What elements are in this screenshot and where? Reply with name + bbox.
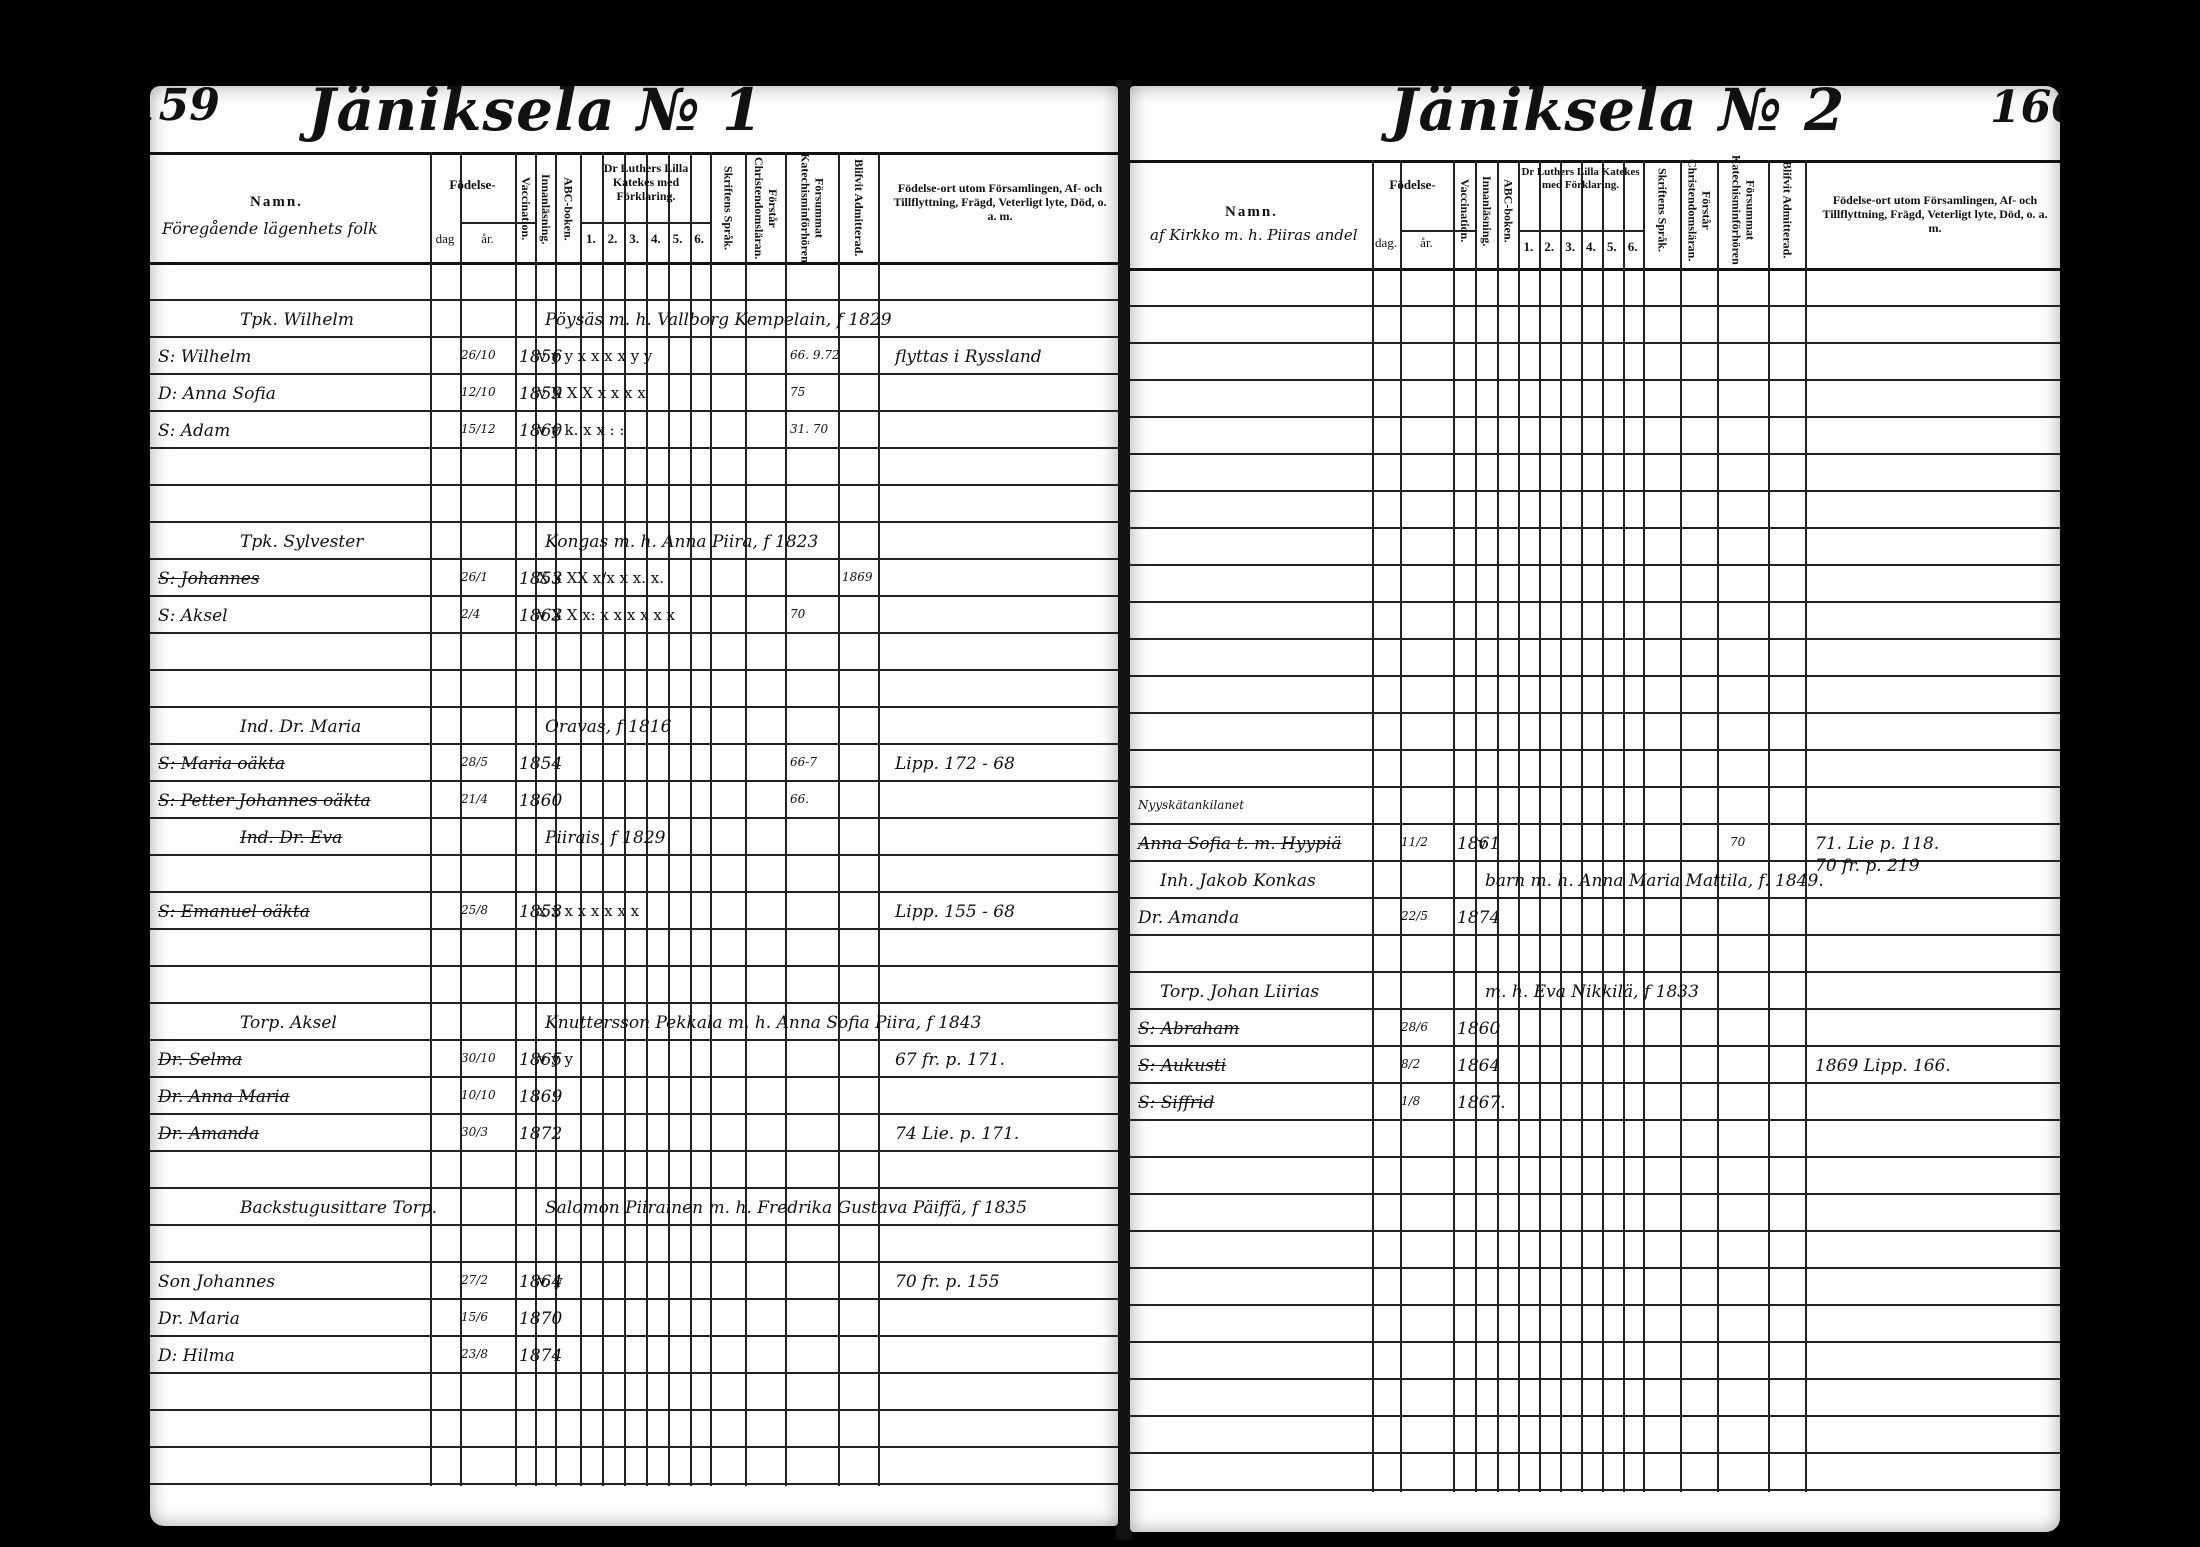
birth-day: 25/8 — [461, 904, 488, 916]
birth-year: 1870 — [519, 1311, 562, 1328]
katekes-header: Dr Luthers Lilla Katekes med Förklaring. — [582, 162, 710, 203]
member-name: S: Wilhelm — [158, 349, 251, 366]
row-rule — [150, 484, 1118, 486]
katekes-col-3: 3. — [623, 232, 645, 247]
column-rule — [1680, 160, 1682, 1492]
row-rule — [1130, 897, 2060, 899]
column-rule — [430, 152, 432, 1486]
row-rule — [150, 1372, 1118, 1374]
birth-day: 15/6 — [461, 1311, 488, 1323]
column-rule — [1717, 160, 1719, 1492]
birth-year: 1874 — [519, 1348, 562, 1365]
name-subheader: af Kirkko m. h. Piiras andel — [1150, 226, 1358, 244]
column-rule — [1805, 160, 1807, 1492]
katekes-col-6: 6. — [1622, 240, 1643, 255]
remarks-header: Födelse-ort utom Församlingen, Af- och T… — [890, 182, 1110, 223]
header-bottom-rule — [1130, 268, 2060, 271]
household-head-details: Pöysäs m. h. Vallborg Kempelain, f 1829 — [545, 312, 892, 329]
fodelse-header: Födelse- — [430, 178, 515, 193]
column-rule — [1602, 160, 1604, 1492]
member-name: S: Abraham — [1138, 1021, 1239, 1038]
birth-day: 27/2 — [461, 1274, 488, 1286]
row-rule — [1130, 1008, 2060, 1010]
fodelse-header: Födelse- — [1372, 178, 1453, 193]
row-rule — [150, 336, 1118, 338]
forsummat-header: Försummat Katechisminförhören — [785, 154, 838, 262]
row-rule — [1130, 1267, 2060, 1269]
row-rule — [150, 1409, 1118, 1411]
ar-header: år. — [1400, 236, 1453, 251]
birth-day: 2/4 — [461, 608, 480, 620]
birth-year: 1872 — [519, 1126, 562, 1143]
forsummat-value: 70 — [1730, 836, 1745, 848]
katekes-header: Dr Luthers Lilla Katekes med Förklaring. — [1518, 166, 1643, 191]
remark-note: 70 fr. p. 219 — [1815, 858, 1920, 875]
row-rule — [1130, 1341, 2060, 1343]
member-name: S: Emanuel oäkta — [158, 904, 310, 921]
forsummat-value: 66. 9.72 — [790, 349, 840, 361]
header-top-rule — [150, 152, 1118, 155]
column-rule — [1581, 160, 1583, 1492]
row-rule — [1130, 1082, 2060, 1084]
member-name: S: Siffrid — [1138, 1095, 1214, 1112]
row-rule — [150, 891, 1118, 893]
catechism-marks: v — [1478, 836, 1486, 851]
household-head-details: Oravas, f 1816 — [545, 719, 671, 736]
row-rule — [1130, 564, 2060, 566]
row-rule — [1130, 860, 2060, 862]
row-rule — [1130, 379, 2060, 381]
column-rule — [1400, 160, 1402, 1492]
forsummat-value: 66. — [790, 793, 809, 805]
birth-day: 30/3 — [461, 1126, 488, 1138]
column-rule — [1623, 160, 1625, 1492]
row-rule — [150, 373, 1118, 375]
row-rule — [150, 1261, 1118, 1263]
birth-day: 21/4 — [461, 793, 488, 805]
remark-note: 71. Lie p. 118. — [1815, 836, 1939, 853]
row-rule — [1130, 342, 2060, 344]
row-rule — [150, 558, 1118, 560]
member-name: Dr. Amanda — [1138, 910, 1239, 927]
household-head-name: Tpk. Sylvester — [240, 534, 363, 551]
column-rule — [878, 152, 880, 1486]
column-rule — [1768, 160, 1770, 1492]
row-rule — [150, 706, 1118, 708]
forstar-header: Förstår Christendomsläran. — [1680, 154, 1717, 266]
column-rule — [1643, 160, 1645, 1492]
blifvit-header: Blifvit Admitterad. — [838, 154, 878, 262]
catechism-marks: v y k. x x : : — [538, 423, 624, 438]
member-name: Dr. Amanda — [158, 1126, 259, 1143]
page-title: Jäniksela № 2 — [1390, 86, 1845, 144]
forsummat-value: 70 — [790, 608, 805, 620]
row-rule — [150, 447, 1118, 449]
row-rule — [1130, 527, 2060, 529]
catechism-marks: v y y x x x x y y — [538, 349, 652, 364]
household-head-name: Backstugusittare Torp. — [240, 1200, 437, 1217]
column-rule — [745, 152, 747, 1486]
catechism-marks: v. y — [538, 1274, 563, 1289]
remark-note: flyttas i Ryssland — [895, 349, 1042, 366]
row-rule — [150, 817, 1118, 819]
row-rule — [150, 1002, 1118, 1004]
member-name: D: Anna Sofia — [158, 386, 276, 403]
member-name: Dr. Maria — [158, 1311, 240, 1328]
row-rule — [1130, 749, 2060, 751]
row-rule — [1130, 971, 2060, 973]
skrift-header: Skriftens Språk. — [1643, 154, 1680, 266]
catechism-marks: v y y — [538, 1052, 573, 1067]
katekes-col-2: 2. — [1539, 240, 1560, 255]
row-rule — [1130, 1415, 2060, 1417]
row-rule — [1130, 712, 2060, 714]
member-name: S: Adam — [158, 423, 230, 440]
right-page: 160 Jäniksela № 2 Namn. af Kirkko m. h. … — [1130, 86, 2060, 1532]
remark-note: 1869 Lipp. 166. — [1815, 1058, 1951, 1075]
catechism-marks: X x XX x/x x x. x. — [538, 571, 664, 586]
forstar-header: Förstår Christendomsläran. — [745, 154, 785, 262]
row-rule — [1130, 1378, 2060, 1380]
page-number: 159 — [150, 86, 220, 131]
katekes-col-5: 5. — [1601, 240, 1622, 255]
row-rule — [150, 1150, 1118, 1152]
row-rule — [150, 1224, 1118, 1226]
row-rule — [1130, 490, 2060, 492]
catechism-marks: v X X X x x x x — [538, 386, 646, 401]
household-head-name: Ind. Dr. Maria — [240, 719, 361, 736]
member-name: Dr. Anna Maria — [158, 1089, 290, 1106]
column-rule — [1372, 160, 1374, 1492]
column-rule — [1475, 160, 1477, 1492]
header-bottom-rule — [150, 262, 1118, 265]
katekes-col-3: 3. — [1560, 240, 1581, 255]
birth-year: 1869 — [519, 1089, 562, 1106]
member-name: Nyyskätankilanet — [1138, 799, 1244, 811]
row-rule — [1130, 1230, 2060, 1232]
admitted-year: 1869 — [842, 571, 873, 583]
column-rule — [515, 152, 517, 1486]
remark-note: Lipp. 172 - 68 — [895, 756, 1015, 773]
row-rule — [150, 854, 1118, 856]
ar-header: år. — [460, 232, 515, 247]
birth-year: 1874 — [1457, 910, 1500, 927]
row-rule — [150, 1483, 1118, 1485]
row-rule — [150, 965, 1118, 967]
row-rule — [150, 780, 1118, 782]
left-page: 159 Jäniksela № 1 Namn. Föregående lägen… — [150, 86, 1118, 1526]
row-rule — [150, 1335, 1118, 1337]
catechism-marks: v X X x: x x x x x x — [538, 608, 675, 623]
household-head-details: barn m. h. Anna Maria Mattila, f. 1849. — [1485, 873, 1824, 890]
birth-day: 22/5 — [1401, 910, 1428, 922]
column-rule — [668, 152, 670, 1486]
header-top-rule — [1130, 160, 2060, 163]
birth-day: 10/10 — [461, 1089, 496, 1101]
row-rule — [1130, 786, 2060, 788]
row-rule — [150, 1298, 1118, 1300]
name-subheader: Föregående lägenhets folk — [162, 219, 378, 238]
birth-day: 28/6 — [1401, 1021, 1428, 1033]
birth-day: 23/8 — [461, 1348, 488, 1360]
member-name: S: Petter Johannes oäkta — [158, 793, 371, 810]
member-name: S: Aukusti — [1138, 1058, 1226, 1075]
vaccination-header: Vaccination. — [1453, 156, 1475, 266]
row-rule — [150, 1039, 1118, 1041]
remark-note: 70 fr. p. 155 — [895, 1274, 1000, 1291]
birth-day: 26/1 — [461, 571, 488, 583]
household-head-details: Kongas m. h. Anna Piira, f 1823 — [545, 534, 818, 551]
row-rule — [150, 1187, 1118, 1189]
row-rule — [1130, 416, 2060, 418]
katekes-subrule — [580, 222, 710, 224]
member-name: D: Hilma — [158, 1348, 235, 1365]
column-rule — [690, 152, 692, 1486]
row-rule — [150, 928, 1118, 930]
row-rule — [1130, 934, 2060, 936]
birth-year: 1864 — [1457, 1058, 1500, 1075]
dag-header: dag — [430, 232, 460, 247]
column-rule — [710, 152, 712, 1486]
remark-note: 67 fr. p. 171. — [895, 1052, 1005, 1069]
row-rule — [150, 410, 1118, 412]
catechism-marks: x x x x x x x x — [538, 904, 639, 919]
row-rule — [1130, 1304, 2060, 1306]
katekes-col-6: 6. — [688, 232, 710, 247]
row-rule — [150, 669, 1118, 671]
birth-day: 26/10 — [461, 349, 496, 361]
household-head-name: Ind. Dr. Eva — [240, 830, 342, 847]
katekes-col-2: 2. — [602, 232, 624, 247]
birth-year: 1860 — [1457, 1021, 1500, 1038]
member-name: Dr. Selma — [158, 1052, 242, 1069]
row-rule — [1130, 675, 2060, 677]
row-rule — [1130, 305, 2060, 307]
member-name: Anna Sofia t. m. Hyypiä — [1138, 836, 1342, 853]
abc-header: ABC-boken. — [555, 156, 580, 262]
row-rule — [150, 1446, 1118, 1448]
dag-header: dag. — [1372, 236, 1400, 251]
name-header: Namn. — [250, 194, 303, 211]
row-rule — [1130, 638, 2060, 640]
row-rule — [150, 299, 1118, 301]
household-head-details: Salomon Piirainen m. h. Fredrika Gustava… — [545, 1200, 1027, 1217]
remark-note: 74 Lie. p. 171. — [895, 1126, 1019, 1143]
birth-year: 1867. — [1457, 1095, 1506, 1112]
abc-header: ABC-boken. — [1497, 156, 1518, 266]
page-number: 160 — [1990, 86, 2060, 133]
household-head-details: m. h. Eva Nikkilä, f 1833 — [1485, 984, 1699, 1001]
row-rule — [1130, 1452, 2060, 1454]
row-rule — [1130, 823, 2060, 825]
forsummat-value: 66-7 — [790, 756, 817, 768]
skrift-header: Skriftens Språk. — [710, 154, 745, 262]
blifvit-header: Blifvit Admitterad. — [1768, 154, 1805, 266]
katekes-subrule — [1518, 230, 1643, 232]
forsummat-value: 31. 70 — [790, 423, 828, 435]
column-rule — [1453, 160, 1455, 1492]
row-rule — [1130, 1489, 2060, 1491]
katekes-col-4: 4. — [1581, 240, 1602, 255]
row-rule — [150, 1113, 1118, 1115]
row-rule — [1130, 601, 2060, 603]
birth-year: 1854 — [519, 756, 562, 773]
row-rule — [150, 521, 1118, 523]
birth-day: 8/2 — [1401, 1058, 1420, 1070]
row-rule — [1130, 1119, 2060, 1121]
column-rule — [1539, 160, 1541, 1492]
birth-day: 11/2 — [1401, 836, 1428, 848]
katekes-col-5: 5. — [667, 232, 689, 247]
household-head-name: Torp. Aksel — [240, 1015, 337, 1032]
name-header: Namn. — [1225, 204, 1278, 221]
member-name: Son Johannes — [158, 1274, 275, 1291]
row-rule — [150, 595, 1118, 597]
forsummat-value: 75 — [790, 386, 805, 398]
vaccination-header: Vaccination. — [515, 156, 535, 262]
member-name: S: Johannes — [158, 571, 260, 588]
member-name: S: Aksel — [158, 608, 228, 625]
forsummat-header: Försummat Katechisminförhören — [1717, 154, 1768, 266]
birth-year: 1860 — [519, 793, 562, 810]
member-name: S: Maria oäkta — [158, 756, 285, 773]
row-rule — [1130, 1156, 2060, 1158]
column-rule — [1518, 160, 1520, 1492]
row-rule — [1130, 1193, 2060, 1195]
household-head-details: Piirais, f 1829 — [545, 830, 666, 847]
innanlasning-header: Innanläsning. — [535, 156, 555, 262]
row-rule — [1130, 453, 2060, 455]
page-title: Jäniksela № 1 — [308, 86, 763, 144]
remarks-header: Födelse-ort utom Församlingen, Af- och T… — [1815, 194, 2055, 235]
household-head-details: Knuttersson Pekkala m. h. Anna Sofia Pii… — [545, 1015, 981, 1032]
row-rule — [150, 1076, 1118, 1078]
household-head-name: Inh. Jakob Konkas — [1160, 873, 1316, 890]
remark-note: Lipp. 155 - 68 — [895, 904, 1015, 921]
household-head-name: Tpk. Wilhelm — [240, 312, 354, 329]
birth-day: 28/5 — [461, 756, 488, 768]
innanlasning-header: Innanläsning. — [1475, 156, 1497, 266]
birth-day: 1/8 — [1401, 1095, 1420, 1107]
column-rule — [1560, 160, 1562, 1492]
row-rule — [150, 632, 1118, 634]
birth-day: 30/10 — [461, 1052, 496, 1064]
birth-day: 15/12 — [461, 423, 496, 435]
row-rule — [150, 743, 1118, 745]
birth-day: 12/10 — [461, 386, 496, 398]
katekes-col-1: 1. — [580, 232, 602, 247]
katekes-col-4: 4. — [645, 232, 667, 247]
katekes-col-1: 1. — [1518, 240, 1539, 255]
column-rule — [1497, 160, 1499, 1492]
row-rule — [1130, 1045, 2060, 1047]
column-rule — [785, 152, 787, 1486]
household-head-name: Torp. Johan Liirias — [1160, 984, 1319, 1001]
